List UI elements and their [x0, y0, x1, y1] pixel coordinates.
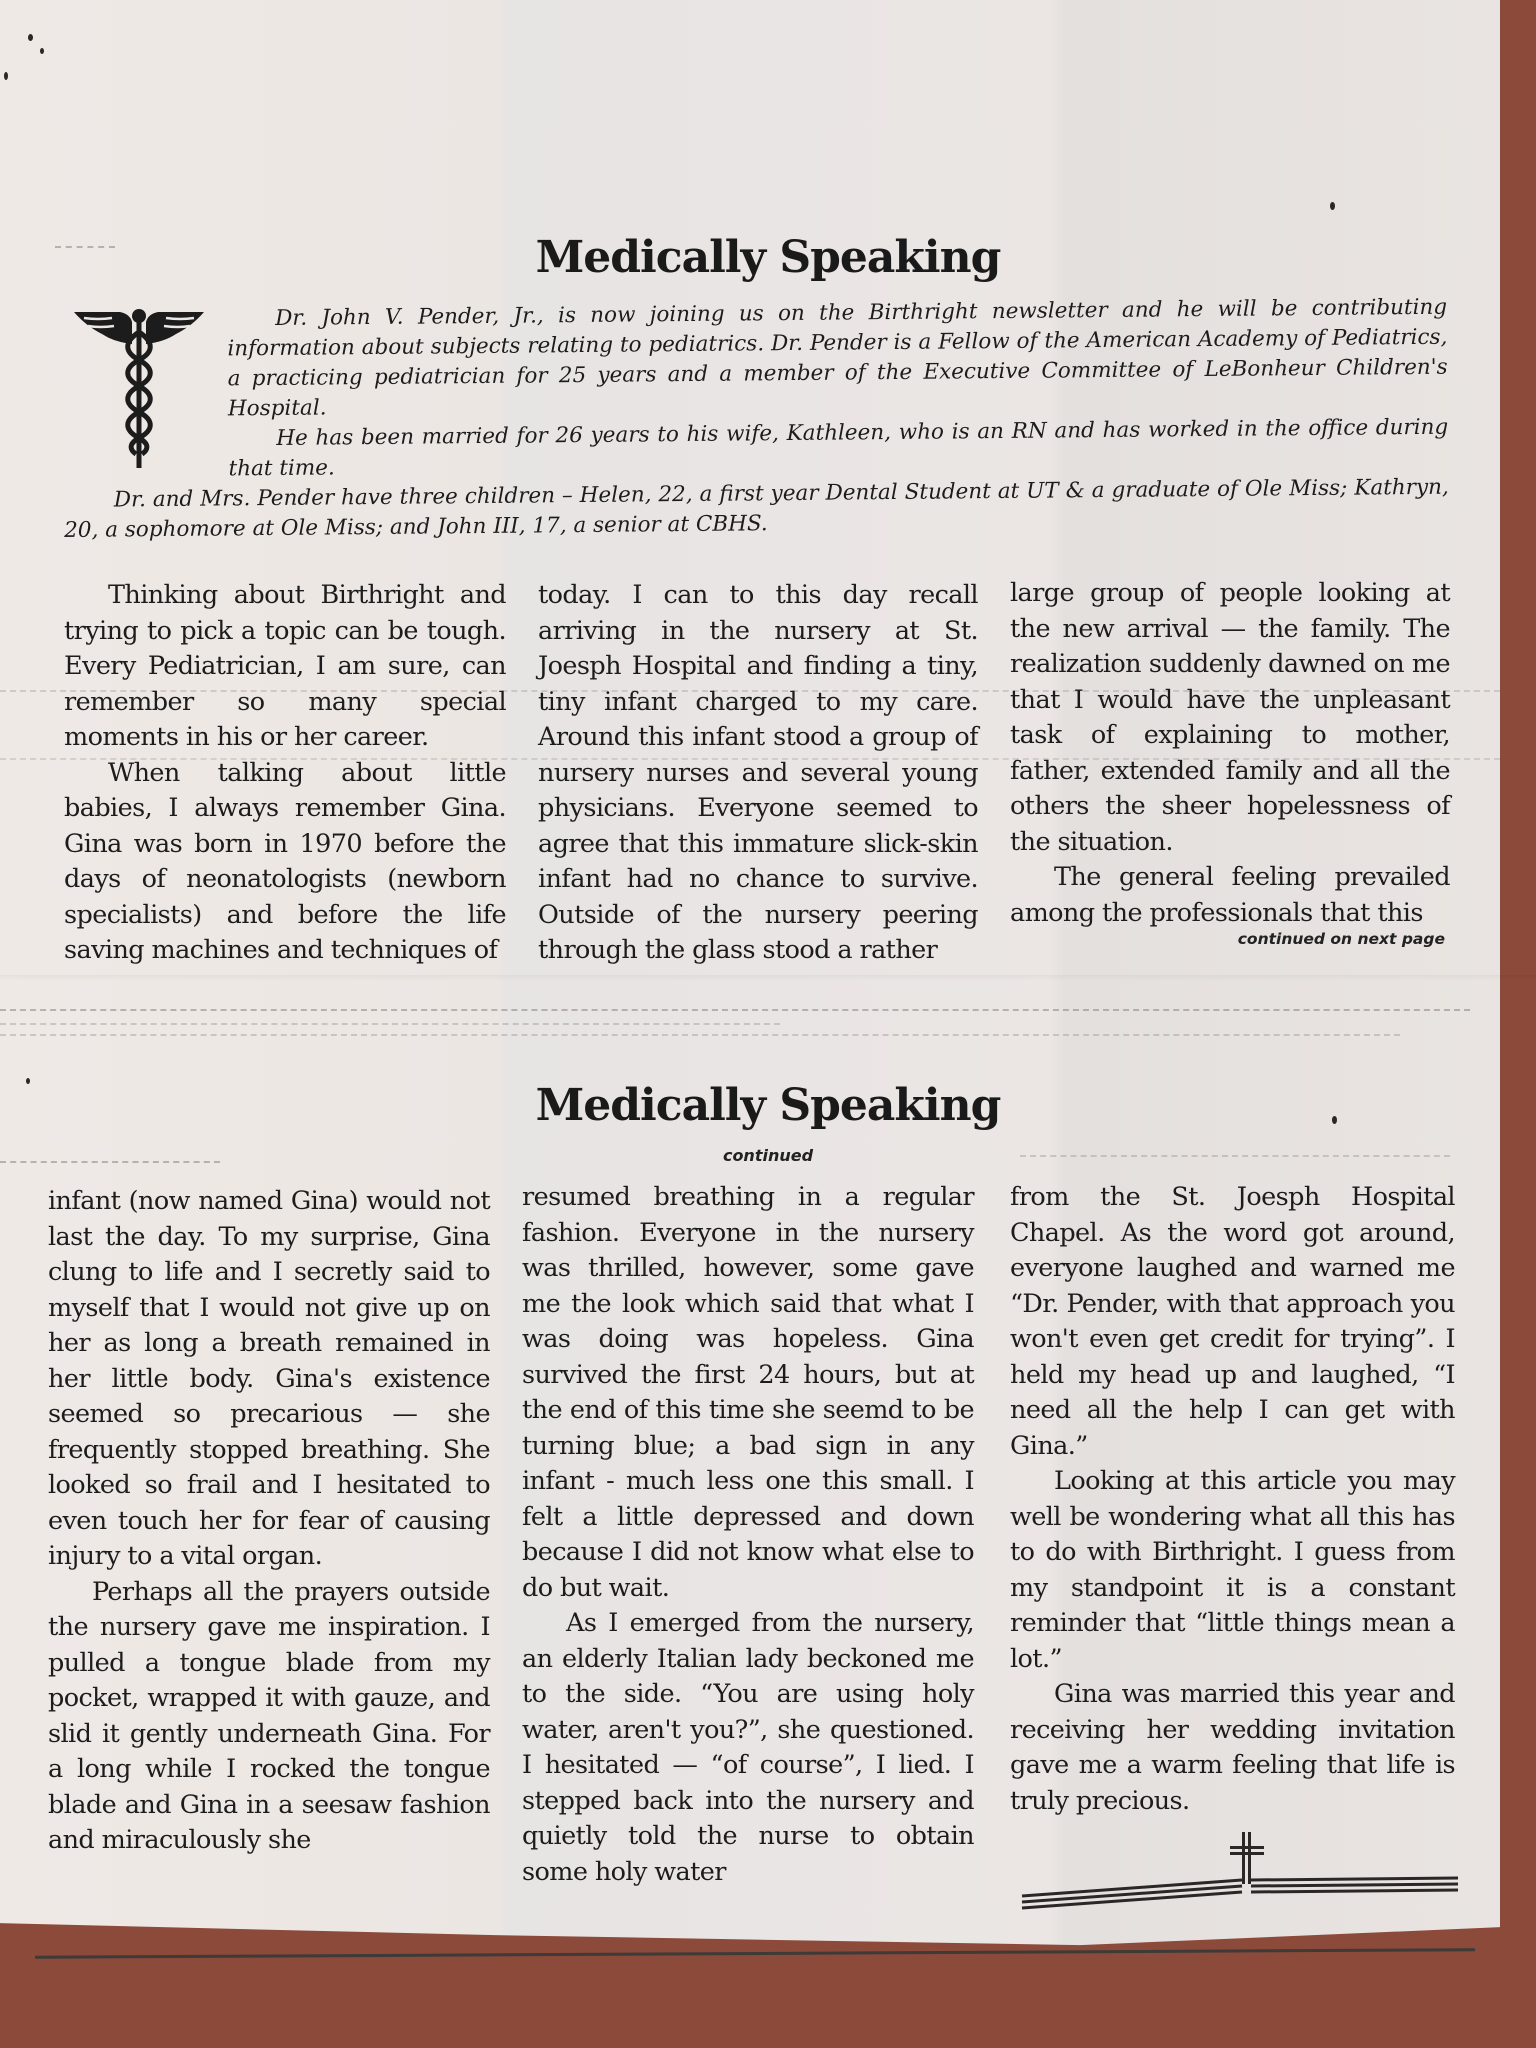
section-title: Medically Speaking [0, 232, 1536, 283]
article-paragraph: Gina was married this year and receiving… [1010, 1677, 1455, 1819]
article-paragraph: Thinking about Birthright and trying to … [64, 578, 506, 756]
continued-on-next-page-note: continued on next page [1130, 930, 1445, 948]
cross-ornament-icon [1020, 1832, 1460, 1912]
speck [1330, 202, 1335, 210]
article-paragraph: resumed breathing in a regular fashion. … [522, 1180, 974, 1606]
bottom-rule [35, 1948, 1475, 1959]
article-paragraph: Looking at this article you may well be … [1010, 1464, 1455, 1677]
author-intro: Dr. John V. Pender, Jr., is now joining … [62, 293, 1449, 546]
speck [4, 72, 8, 80]
continued-label: continued [0, 1146, 1536, 1165]
article-paragraph: The general feeling prevailed among the … [1010, 860, 1450, 931]
article-paragraph: When talking about little babies, I alwa… [64, 756, 506, 969]
article-paragraph: Perhaps all the prayers outside the nurs… [48, 1575, 490, 1859]
paper-fold [0, 975, 1536, 981]
intro-paragraph: Dr. John V. Pender, Jr., is now joining … [62, 293, 1448, 426]
article-column-3: large group of people looking at the new… [1010, 576, 1450, 931]
article-paragraph: today. I can to this day recall arriving… [538, 578, 978, 969]
bleed-through-line [0, 1034, 1400, 1036]
article-column-6: from the St. Joesph Hospital Chapel. As … [1010, 1180, 1455, 1819]
bleed-through-line [0, 1009, 1470, 1011]
article-paragraph: from the St. Joesph Hospital Chapel. As … [1010, 1180, 1455, 1464]
section-title-continued: Medically Speaking [0, 1080, 1536, 1131]
article-paragraph: large group of people looking at the new… [1010, 576, 1450, 860]
article-paragraph: infant (now named Gina) would not last t… [48, 1184, 490, 1575]
article-column-1: Thinking about Birthright and trying to … [64, 578, 506, 969]
article-column-4: infant (now named Gina) would not last t… [48, 1184, 490, 1859]
article-paragraph: As I emerged from the nursery, an elderl… [522, 1606, 974, 1890]
article-column-2: today. I can to this day recall arriving… [538, 578, 978, 969]
speck [40, 48, 44, 54]
bleed-through-line [0, 1023, 780, 1025]
speck [28, 34, 33, 41]
article-column-5: resumed breathing in a regular fashion. … [522, 1180, 974, 1890]
